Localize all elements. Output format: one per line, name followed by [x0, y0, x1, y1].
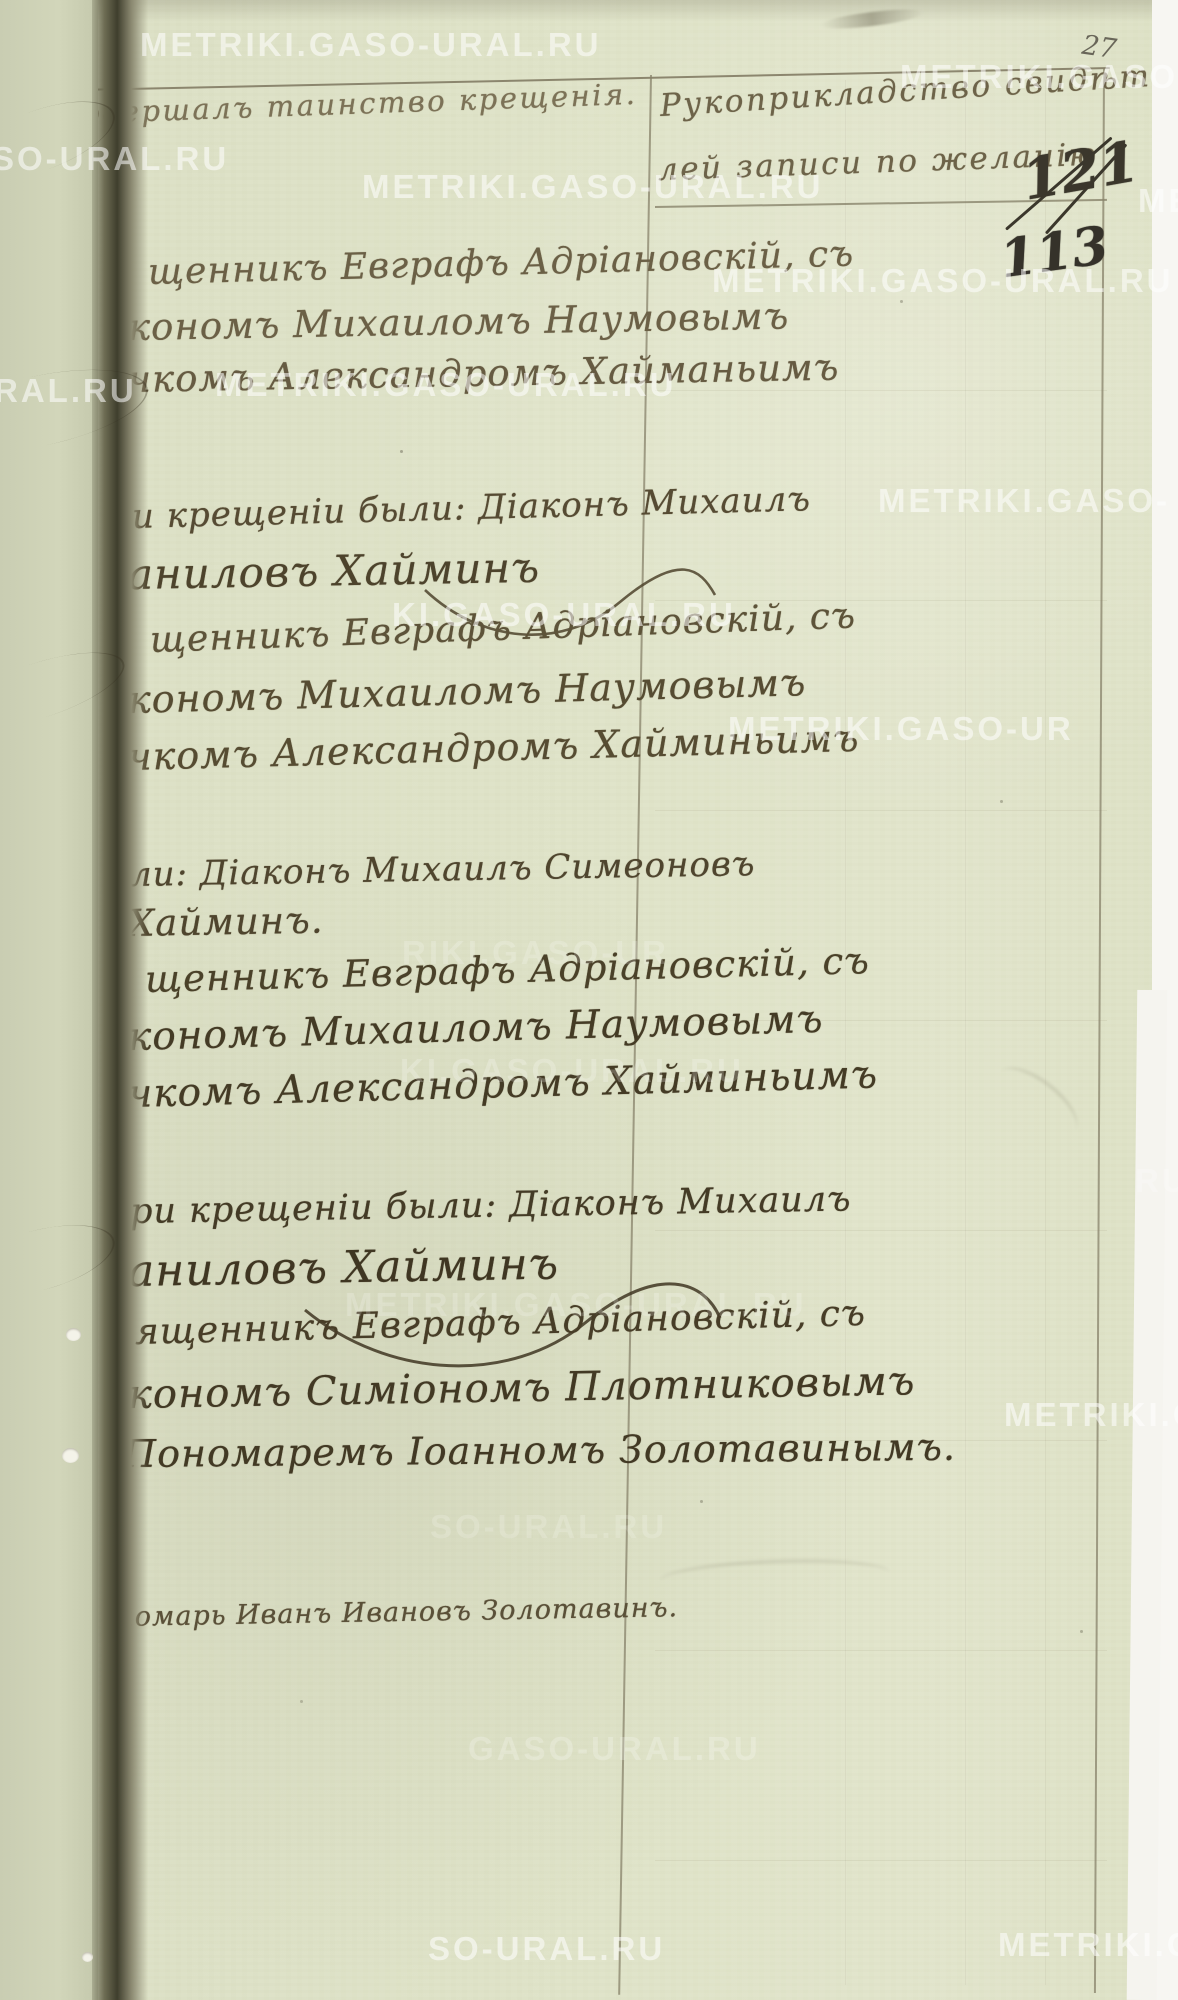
book-gutter-shadow	[92, 0, 148, 2000]
paper-specks	[400, 450, 403, 453]
metric-book-scan-page: 27 о совершалъ таинство крещенія. Рукопр…	[0, 0, 1178, 2000]
adjacent-page-edge	[0, 0, 98, 2000]
faint-rule	[655, 1230, 1107, 1231]
watermark-text: SO-URAL.RU	[430, 1508, 667, 1546]
page-top-shadow	[0, 0, 1178, 22]
watermark-text: METRIKI.GASO-URAL.RU	[140, 26, 601, 64]
entry-line: Пономаремъ Іоанномъ Золотавинымъ.	[123, 1425, 956, 1476]
watermark-text: METRIKI.GASO-	[900, 58, 1178, 96]
watermark-text: RAL.RU	[0, 372, 137, 410]
watermark-text: KI.GASO-URAL.RU	[400, 1052, 744, 1090]
watermark-text: RU	[1135, 1162, 1178, 1200]
watermark-text: METRIKI.GASO-	[878, 482, 1170, 520]
watermark-text: METRIKI.GASO-UR	[728, 710, 1074, 748]
watermark-text: SO-URAL.RU	[428, 1930, 665, 1968]
watermark-text: RIKI.GASO-UR	[402, 934, 669, 972]
watermark-text: ME	[1138, 182, 1178, 220]
watermark-text: METRIKI.GAS	[998, 1926, 1178, 1964]
paper-hole	[82, 1952, 93, 1962]
entry-line: Хайминъ.	[128, 899, 324, 945]
watermark-text: METRIKI.GASO-URAL.RU	[362, 168, 823, 206]
paper-streak	[1045, 80, 1046, 1985]
paper-hole	[62, 1448, 79, 1463]
paper-hole	[66, 1328, 81, 1341]
paper-streak	[965, 80, 966, 1985]
faint-rule	[655, 810, 1107, 811]
paper-streak	[845, 80, 846, 1985]
watermark-text: KI.GASO-URAL.RU	[392, 596, 736, 634]
watermark-text: METRIKI.GASO-URAL.RU	[345, 1286, 806, 1324]
watermark-text: GASO-URAL.RU	[468, 1730, 761, 1768]
watermark-text: METRIKI.G	[1004, 1396, 1178, 1434]
faint-rule	[655, 1860, 1107, 1861]
watermark-text: METRIKI.GASO-URAL.RU	[712, 262, 1173, 300]
watermark-text: METRIKI.GASO-URAL.RU	[215, 366, 676, 404]
watermark-text: SO-URAL.RU	[0, 140, 229, 178]
faint-rule	[655, 1650, 1107, 1651]
